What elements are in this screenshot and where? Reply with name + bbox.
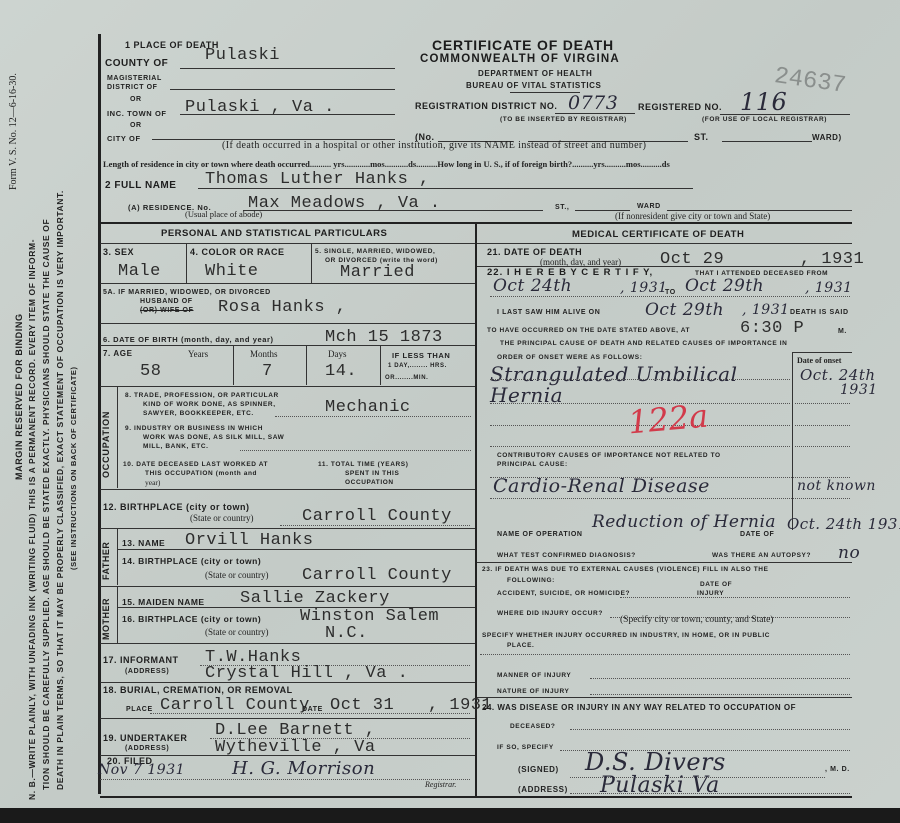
nb-line-4: (SEE INSTRUCTIONS ON BACK OF CERTIFICATE… (69, 366, 78, 570)
county-label: COUNTY OF (105, 58, 168, 69)
father-side-label: FATHER (101, 542, 111, 580)
race-value: White (205, 262, 259, 281)
spouse-value: Rosa Hanks , (218, 298, 346, 317)
nb-line-3: DEATH IN PLAIN TERMS, SO THAT IT MAY BE … (55, 190, 65, 790)
registered-no-label: REGISTERED NO. (638, 102, 722, 112)
personal-heading: PERSONAL AND STATISTICAL PARTICULARS (161, 228, 387, 239)
nb-line-1: N. B.—WRITE PLAINLY, WITH UNFADING INK (… (27, 239, 37, 800)
physician-address: Pulaski Va (600, 773, 720, 798)
nb-line-2: TION SHOULD BE CAREFULLY SUPPLIED. AGE S… (41, 219, 51, 790)
sex-value: Male (118, 262, 161, 281)
occupation-value: Mechanic (325, 398, 411, 417)
town-label: INC. TOWN OF (107, 109, 167, 118)
attended-from: Oct 24th (493, 276, 572, 296)
reg-district-label: REGISTRATION DISTRICT NO. (415, 101, 557, 111)
age-months: 7 (262, 362, 273, 381)
informant-address: Crystal Hill , Va . (205, 664, 408, 683)
magisterial-label: MAGISTERIAL (107, 75, 162, 82)
registered-no-value: 116 (740, 88, 787, 116)
cause-code-stamp: 122a (626, 397, 709, 442)
full-name-label: 2 FULL NAME (105, 180, 176, 191)
reg-district-value: 0773 (568, 92, 618, 114)
contributory-cause: Cardio-Renal Disease (493, 475, 710, 497)
residence-length: Length of residence in city or town wher… (103, 159, 670, 169)
binding-margin-label: MARGIN RESERVED FOR BINDING (14, 313, 24, 480)
mother-birthplace-state: N.C. (325, 624, 368, 643)
mother-side-label: MOTHER (101, 598, 111, 640)
physician-signature: D.S. Divers (585, 748, 726, 776)
age-days: 14. (325, 362, 357, 381)
attended-to: Oct 29th (685, 276, 764, 296)
form-number: Form V. S. No. 12—6-16-30. (8, 73, 19, 190)
bureau: BUREAU OF VITAL STATISTICS (466, 81, 601, 90)
time-of-death: 6:30 P (740, 319, 804, 338)
city-label: CITY OF (107, 134, 141, 143)
county-value: Pulaski (205, 46, 280, 65)
death-certificate: Form V. S. No. 12—6-16-30. N. B.—WRITE P… (0, 0, 900, 808)
birthplace-value: Carroll County (302, 507, 452, 526)
father-name-value: Orvill Hanks (185, 531, 313, 550)
operation-name: Reduction of Hernia (592, 512, 776, 532)
occupation-side-label: OCCUPATION (101, 411, 111, 478)
department: DEPARTMENT OF HEALTH (478, 69, 592, 78)
certificate-subtitle: COMMONWEALTH OF VIRGINA (420, 53, 620, 65)
hospital-note: (If death occurred in a hospital or othe… (222, 140, 646, 151)
certificate-title: CERTIFICATE OF DEATH (432, 37, 614, 53)
marital-value: Married (340, 263, 415, 282)
age-years: 58 (140, 362, 161, 381)
filed-date: Nov 7 1931 (98, 762, 185, 778)
medical-heading: MEDICAL CERTIFICATE OF DEATH (572, 229, 744, 240)
form-bottom-border (100, 796, 852, 798)
autopsy-value: no (838, 543, 860, 563)
operation-date: Oct. 24th 1931 (787, 515, 900, 533)
father-birthplace-value: Carroll County (302, 566, 452, 585)
registrar-signature: H. G. Morrison (232, 758, 375, 779)
full-name-value: Thomas Luther Hanks , (205, 170, 430, 189)
mother-birthplace-city: Winston Salem (300, 607, 439, 626)
mother-name-value: Sallie Zackery (240, 589, 390, 608)
last-saw-alive: Oct 29th (645, 300, 724, 320)
